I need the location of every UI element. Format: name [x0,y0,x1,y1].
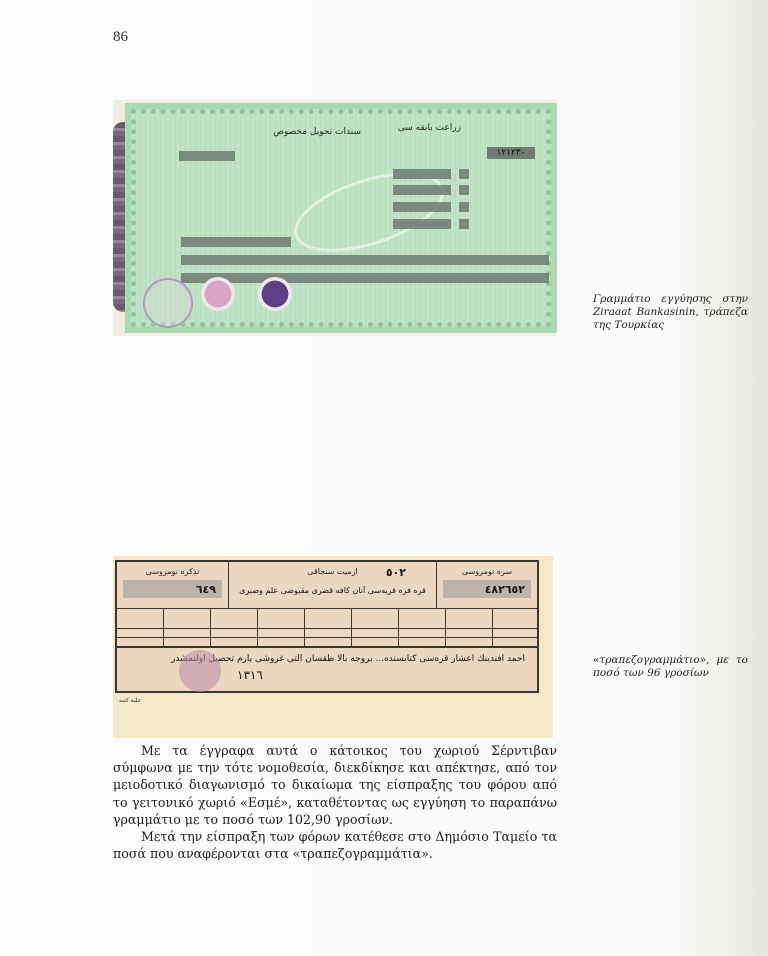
figure1-caption: Γραμμάτιο εγγύησης στην Ziraaat Bankasin… [593,293,748,332]
field-bar [459,185,469,195]
receipt-left-header: تذكره نومروسى ٦٤٩ [117,562,229,608]
left-header-label: تذكره نومروسى [117,567,228,576]
right-number: ٤٨٢٦٥٢ [485,583,525,596]
text-line-bar [181,237,291,247]
field-bar [393,185,451,195]
receipt-columns-grid [117,608,537,648]
note-header-script: زراعت بانقه سی [398,123,461,133]
middle-text: قره فره قريه‌سى آنان كافه قضرى مقبوضى عل… [237,586,428,595]
pink-seal-icon [201,277,235,311]
text-line-bar [181,255,549,265]
receipt-frame: تذكره نومروسى ٦٤٩ ازميت سنجاقى ٥٠٢ قره ف… [115,560,539,693]
note-header-right: سندات تحويل مخصوص [273,127,361,137]
field-bar [459,169,469,179]
field-bar [459,219,469,229]
receipt-right-header: سره نومروسى ٤٨٢٦٥٢ [437,562,537,608]
page-number: 86 [113,29,128,46]
field-bar [393,202,451,212]
middle-number: ٥٠٢ [386,566,406,579]
left-number: ٦٤٩ [196,583,216,596]
seal-stamp-icon [179,650,221,692]
receipt-middle-header: ازميت سنجاقى ٥٠٢ قره فره قريه‌سى آنان كا… [229,562,437,608]
paragraph-2: Μετά την είσπραξη των φόρων κατέθεσε στο… [113,828,557,862]
purple-seal-icon [258,277,292,311]
text-line-bar [181,273,549,283]
field-bar [459,202,469,212]
paragraph-1: Με τα έγγραφα αυτά ο κάτοικος του χωριού… [113,742,557,828]
figure2-caption: «τραπεζογραμμάτιο», με το ποσό των 96 γρ… [593,654,748,680]
redaction-bar [179,151,235,161]
field-bar [393,169,451,179]
note-serial-number: ۱۲۱۲۳۰ [487,147,535,159]
body-text: Με τα έγγραφα αυτά ο κάτοικος του χωριού… [113,742,557,862]
receipt-footnote: عليه كتبه [119,697,141,704]
guarantee-note-image: زراعت بانقه سی سندات تحويل مخصوص ۱۲۱۲۳۰ [113,100,557,336]
right-header-label: سره نومروسى [437,567,537,576]
faded-stamp-icon [143,278,193,328]
field-bar [393,219,451,229]
signature: ١٣١٦ [237,668,263,682]
receipt-image: تذكره نومروسى ٦٤٩ ازميت سنجاقى ٥٠٢ قره ف… [113,556,553,738]
